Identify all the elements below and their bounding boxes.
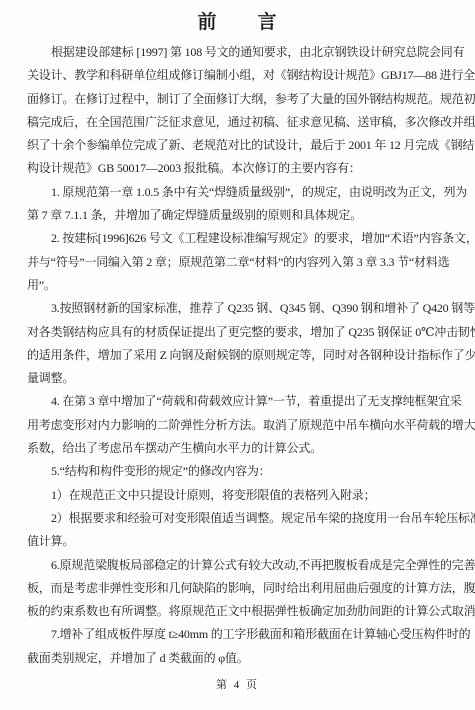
text-line: 1）在规范正文中只提设计原则，将变形限值的表格列入附录；: [27, 484, 448, 507]
text-line: 根据建设部建标 [1997] 第 108 号文的通知要求，由北京钢铁设计研究总院…: [27, 41, 448, 64]
paragraph: 1. 原规范第一章 1.0.5 条中有关“焊缝质量级别”，的规定，由说明改为正文…: [27, 181, 448, 228]
text-line: 构设计规范》GB 50017—2003 报批稿。本次修订的主要内容有：: [27, 157, 448, 180]
text-line: 4. 在第 3 章中增加了“荷载和荷载效应计算”一节，着重提出了无支撑纯框架宜采: [27, 390, 448, 413]
text-line: 量调整。: [27, 367, 448, 390]
text-line: 1. 原规范第一章 1.0.5 条中有关“焊缝质量级别”，的规定，由说明改为正文…: [27, 181, 448, 204]
page-number: 第 4 页: [0, 676, 475, 692]
paragraph: 1）在规范正文中只提设计原则，将变形限值的表格列入附录；: [27, 484, 448, 507]
text-line: 并与“符号”一同编入第 2 章；原规范第二章“材料”的内容列入第 3 章 3.3…: [27, 251, 448, 274]
paragraph: 3.按照钢材新的国家标准，推荐了 Q235 钢、Q345 钢、Q390 钢和增补…: [27, 297, 448, 390]
document-body: 根据建设部建标 [1997] 第 108 号文的通知要求，由北京钢铁设计研究总院…: [27, 41, 448, 670]
paragraph: 4. 在第 3 章中增加了“荷载和荷载效应计算”一节，着重提出了无支撑纯框架宜采…: [27, 390, 448, 460]
page-title: 前 言: [0, 0, 475, 36]
paragraph: 6.原规范梁腹板局部稳定的计算公式有较大改动,不再把腹板看成是完全弹性的完善板，…: [27, 554, 448, 624]
text-line: 对各类钢结构应具有的材质保证提出了更完整的要求，增加了 Q235 钢保证 0℃冲…: [27, 321, 448, 344]
text-line: 板，而是考虑非弹性变形和几何缺陷的影响，同时给出利用屈曲后强度的计算方法，腹: [27, 577, 448, 600]
text-line: 截面类别规定，并增加了 d 类截面的 φ值。: [27, 647, 448, 670]
text-line: 关设计、教学和科研单位组成修订编制小组，对《钢结构设计规范》GBJ17—88 进…: [27, 64, 448, 87]
text-line: 用”。: [27, 274, 448, 297]
text-line: 3.按照钢材新的国家标准，推荐了 Q235 钢、Q345 钢、Q390 钢和增补…: [27, 297, 448, 320]
text-line: 7.增补了组成板件厚度 t≥40mm 的工字形截面和箱形截面在计算轴心受压构件时…: [27, 623, 448, 646]
text-line: 板的约束系数也有所调整。将原规范正文中根据弹性板确定加劲肋间距的计算公式取消。: [27, 600, 448, 623]
text-line: 第 7 章 7.1.1 条，并增加了确定焊缝质量级别的原则和具体规定。: [27, 204, 448, 227]
text-line: 值计算。: [27, 530, 448, 553]
paragraph: 根据建设部建标 [1997] 第 108 号文的通知要求，由北京钢铁设计研究总院…: [27, 41, 448, 181]
paragraph: 5.“结构和构件变形的规定”的修改内容为：: [27, 460, 448, 483]
document-page: 前 言 根据建设部建标 [1997] 第 108 号文的通知要求，由北京钢铁设计…: [0, 0, 475, 710]
paragraph: 2. 按建标[1996]626 号文《工程建设标准编写规定》的要求，增加“术语”…: [27, 227, 448, 297]
text-line: 的适用条件，增加了采用 Z 向钢及耐候钢的原则规定等，同时对各钢种设计指标作了少: [27, 344, 448, 367]
text-line: 6.原规范梁腹板局部稳定的计算公式有较大改动,不再把腹板看成是完全弹性的完善: [27, 554, 448, 577]
paragraph: 7.增补了组成板件厚度 t≥40mm 的工字形截面和箱形截面在计算轴心受压构件时…: [27, 623, 448, 670]
text-line: 面修订。在修订过程中，制订了全面修订大纲，参考了大量的国外钢结构规范。规范初: [27, 88, 448, 111]
text-line: 系数，给出了考虑吊车摆动产生横向水平力的计算公式。: [27, 437, 448, 460]
text-line: 织了十余个参编单位完成了新、老规范对比的试设计，最后于 2001 年 12 月完…: [27, 134, 448, 157]
paragraph: 2）根据要求和经验可对变形限值适当调整。规定吊车梁的挠度用一台吊车轮压标准值计算…: [27, 507, 448, 554]
text-line: 5.“结构和构件变形的规定”的修改内容为：: [27, 460, 448, 483]
text-line: 2）根据要求和经验可对变形限值适当调整。规定吊车梁的挠度用一台吊车轮压标准: [27, 507, 448, 530]
text-line: 用考虑变形对内力影响的二阶弹性分析方法。取消了原规范中吊车横向水平荷载的增大: [27, 414, 448, 437]
text-line: 稿完成后，在全国范围广泛征求意见，通过初稿、征求意见稿、送审稿，多次修改并组: [27, 111, 448, 134]
text-line: 2. 按建标[1996]626 号文《工程建设标准编写规定》的要求，增加“术语”…: [27, 227, 448, 250]
